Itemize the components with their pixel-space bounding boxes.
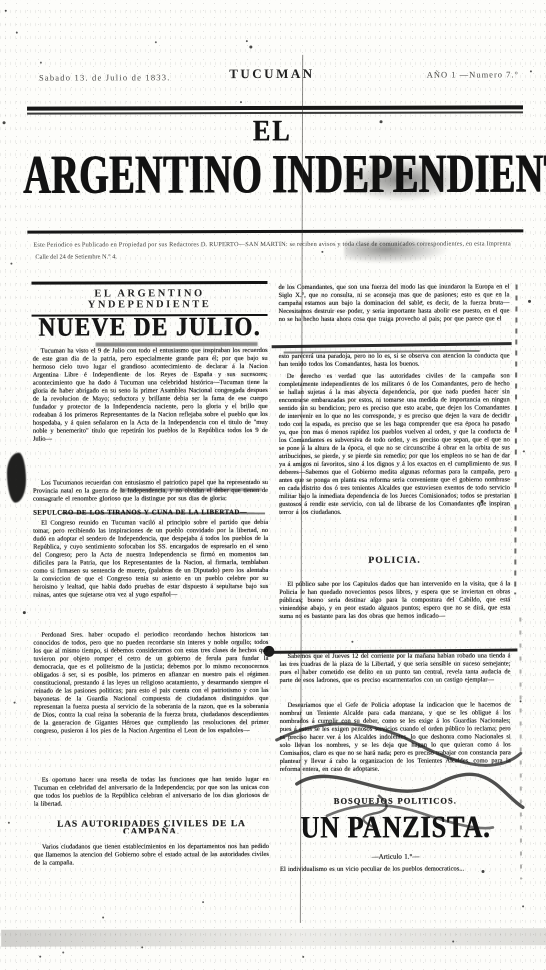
- left-paragraph-1: Tucuman ha visto el 9 de Julio con todo …: [33, 347, 268, 479]
- left-paragraph-5: Es oportuno hacer una reseña de todas la…: [34, 776, 269, 818]
- closing-line: El individualismo es un vicio peculiar d…: [280, 865, 511, 876]
- left-paragraph-3: El Congreso reunido en Tucuman vaciló al…: [33, 519, 268, 630]
- right-paragraph-2: esto parecerá una paradoja, pero no lo e…: [279, 352, 510, 371]
- page-edge-marks-upper: [514, 284, 517, 594]
- ink-smudge-masthead: [337, 157, 467, 201]
- paper-sheet: Sabado 13. de Julio de 1833. TUCUMAN AÑO…: [0, 0, 546, 970]
- header-issue-number: AÑO 1 —Numero 7.°: [427, 69, 519, 79]
- ink-strike-motto: [62, 512, 265, 514]
- right-paragraph-3: De derecho es verdad que las autoridades…: [279, 372, 510, 551]
- newspaper-scan-page: Sabado 13. de Julio de 1833. TUCUMAN AÑO…: [0, 0, 546, 970]
- pen-scribble-overlay: [269, 687, 537, 848]
- left-paragraph-6: Varios ciudadanos que tienen establecimi…: [34, 843, 269, 874]
- ink-smudge-imprint: [344, 236, 449, 264]
- header-rule-thick: [27, 105, 523, 110]
- ink-blot-left-margin: [7, 453, 26, 503]
- imprint-line-2: Calle del 24 de Setiembre N.° 4.: [35, 253, 255, 261]
- left-paragraph-4: Perdonad Sres. haber ocupado el periodic…: [33, 631, 268, 775]
- articulo-heading: —Articulo 1.°—: [280, 852, 511, 863]
- section-heading-policia: POLICIA.: [279, 556, 510, 569]
- left-column-headline: NUEVE DE JULIO.: [28, 312, 272, 343]
- right-paragraph-1: de los Comandantes, que son una fuerza d…: [278, 283, 509, 346]
- scan-noise-specks: [0, 1, 1, 3]
- right-paragraph-4: El público sabe por los Capitulos dados …: [279, 580, 510, 647]
- ink-smear-left-2: [120, 488, 262, 491]
- ink-smear-left-1: [96, 342, 258, 346]
- section-heading-autoridades: LAS AUTORIDADES CIVILES DE LA CAMPAÑA.: [34, 820, 269, 834]
- masthead-rule: [27, 229, 523, 233]
- left-paragraph-2: Los Tucumanos recuerdan con entusiasmo e…: [33, 479, 268, 511]
- scan-shadow-band: [1, 928, 546, 946]
